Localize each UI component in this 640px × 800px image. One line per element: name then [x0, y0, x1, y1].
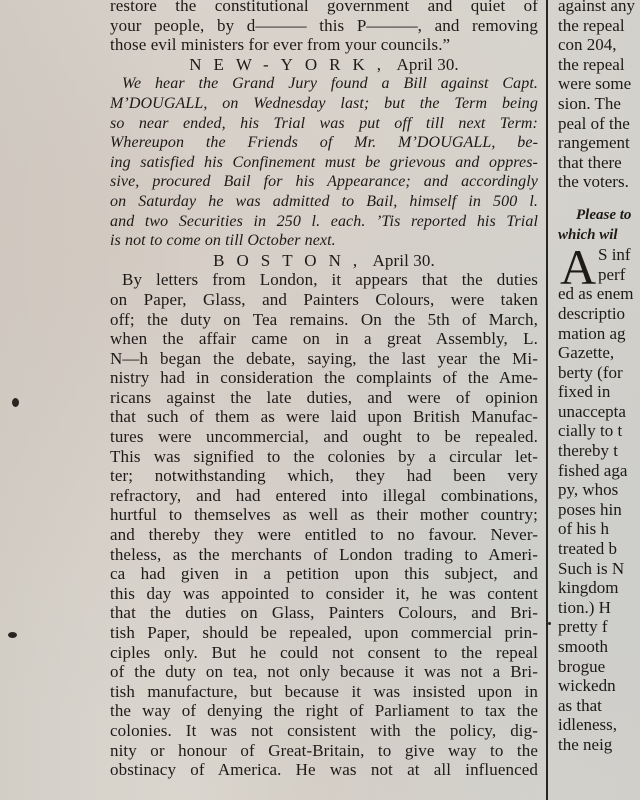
- text-line: sive, procured Bail for his Appearance; …: [110, 172, 538, 192]
- text-line: M’DOUGALL, on Wednesday last; but the Te…: [110, 94, 538, 114]
- text-line: of his h: [558, 519, 640, 539]
- text-line: refractory, and had entered into illegal…: [110, 486, 538, 506]
- text-line: ciples only. But he could not consent to…: [110, 643, 538, 663]
- text-line: the neig: [558, 735, 640, 755]
- text-line: when the affair came on in a great Assem…: [110, 329, 538, 349]
- text-line: the voters.: [558, 172, 640, 192]
- text-line: berty (for: [558, 363, 640, 383]
- text-line: Such is N: [558, 559, 640, 579]
- text-line: ricans against the late duties, and were…: [110, 388, 538, 408]
- boston-paragraph: By letters from London, it appears that …: [110, 270, 538, 779]
- text-line: fixed in: [558, 382, 640, 402]
- spacer: [558, 192, 640, 206]
- text-line: on Paper, Glass, and Painters Colours, w…: [110, 290, 538, 310]
- text-line: kingdom: [558, 578, 640, 598]
- right-top-paragraph: against any the repeal con 204, the repe…: [558, 0, 640, 192]
- text-line: that the duties on Glass, Painters Colou…: [110, 603, 538, 623]
- text-line: wickedn: [558, 676, 640, 696]
- text-line: and two Securities in 250 l. each. ’Tis …: [110, 212, 538, 232]
- dateline-place: NEW-YORK,: [189, 55, 393, 74]
- text-line: and thereby they were entitled to no fav…: [110, 525, 538, 545]
- text-line: against any: [558, 0, 640, 16]
- text-line: py, whos: [558, 480, 640, 500]
- text-line: poses hin: [558, 500, 640, 520]
- left-column: restore the constitutional government an…: [110, 0, 538, 780]
- column-rule: [546, 0, 548, 800]
- text-line: theless, as the merchants of London trad…: [110, 545, 538, 565]
- text-line: tish manufacture, but because it was ins…: [110, 682, 538, 702]
- text-line: hurtful to themselves as well as their m…: [110, 505, 538, 525]
- text-line: obstinacy of America. He was not at all …: [110, 760, 538, 780]
- notice-body: A S inf perf ed as enem descriptio matio…: [558, 245, 640, 754]
- text-line: descriptio: [558, 304, 640, 324]
- text-line: thereby t: [558, 441, 640, 461]
- ink-speck: [12, 398, 19, 407]
- text-line: tion.) H: [558, 598, 640, 618]
- text-line: idleness,: [558, 715, 640, 735]
- text-line: off; the duty on Tea remains. On the 5th…: [110, 310, 538, 330]
- text-line: Please to: [558, 206, 640, 226]
- text-line: nity or honour of Great-Britain, to give…: [110, 741, 538, 761]
- text-line: This was signified to the colonies by a …: [110, 447, 538, 467]
- text-line: restore the constitutional government an…: [110, 0, 538, 16]
- text-line: the way of denying the right of Parliame…: [110, 701, 538, 721]
- text-line: that such of them as were laid upon Brit…: [110, 407, 538, 427]
- text-line: brogue: [558, 657, 640, 677]
- text-line: the repeal: [558, 16, 640, 36]
- text-line: We hear the Grand Jury found a Bill agai…: [110, 74, 538, 94]
- text-line: mation ag: [558, 324, 640, 344]
- dateline-place: BOSTON,: [213, 251, 369, 270]
- text-line: pretty f: [558, 617, 640, 637]
- text-line: on Saturday he was admitted to Bail, him…: [110, 192, 538, 212]
- drop-cap: A: [560, 245, 596, 289]
- dateline-date: April 30.: [396, 55, 458, 74]
- text-line: were some: [558, 74, 640, 94]
- text-line: your people, by d——— this P———, and remo…: [110, 16, 538, 36]
- text-line: rangement: [558, 133, 640, 153]
- dateline-new-york: NEW-YORK, April 30.: [110, 55, 538, 75]
- ink-speck: [8, 632, 17, 638]
- text-line: of the duty on tea, not only because it …: [110, 662, 538, 682]
- text-line: the repeal: [558, 55, 640, 75]
- text-line: is not to come on till October next.: [110, 231, 538, 251]
- text-line: Whereupon the Friends of Mr. M’DOUGALL, …: [110, 133, 538, 153]
- new-york-paragraph: We hear the Grand Jury found a Bill agai…: [110, 74, 538, 250]
- right-column: against any the repeal con 204, the repe…: [558, 0, 640, 755]
- text-line: unaccepta: [558, 402, 640, 422]
- text-line: Gazette,: [558, 343, 640, 363]
- text-line: that there: [558, 153, 640, 173]
- text-line: tish Paper, should be repealed, upon com…: [110, 623, 538, 643]
- text-line: so near ended, his Trial was put off til…: [110, 114, 538, 134]
- newspaper-page: restore the constitutional government an…: [0, 0, 640, 800]
- text-line: N—h began the debate, saying, the last y…: [110, 349, 538, 369]
- text-line: nistry had in consideration the complain…: [110, 368, 538, 388]
- dateline-date: April 30.: [373, 251, 435, 270]
- text-line: ing satisfied his Confinement must be gr…: [110, 153, 538, 173]
- text-line: fished aga: [558, 461, 640, 481]
- text-line: peal of the: [558, 114, 640, 134]
- text-line: tures were uncommercial, and ought to be…: [110, 427, 538, 447]
- text-line: cially to t: [558, 421, 640, 441]
- text-line: as that: [558, 696, 640, 716]
- text-line: this day was appointed to consider it, h…: [110, 584, 538, 604]
- text-line: treated b: [558, 539, 640, 559]
- text-line: sion. The: [558, 94, 640, 114]
- text-line: ca had given in a petition upon this sub…: [110, 564, 538, 584]
- text-line: ter; notwithstanding which, they had bee…: [110, 466, 538, 486]
- text-line: con 204,: [558, 35, 640, 55]
- text-line: colonies. It was not consistent with the…: [110, 721, 538, 741]
- text-line: smooth: [558, 637, 640, 657]
- text-line: By letters from London, it appears that …: [110, 270, 538, 290]
- ink-speck: [548, 622, 551, 625]
- text-line: those evil ministers for ever from your …: [110, 35, 538, 55]
- dateline-boston: BOSTON, April 30.: [110, 251, 538, 271]
